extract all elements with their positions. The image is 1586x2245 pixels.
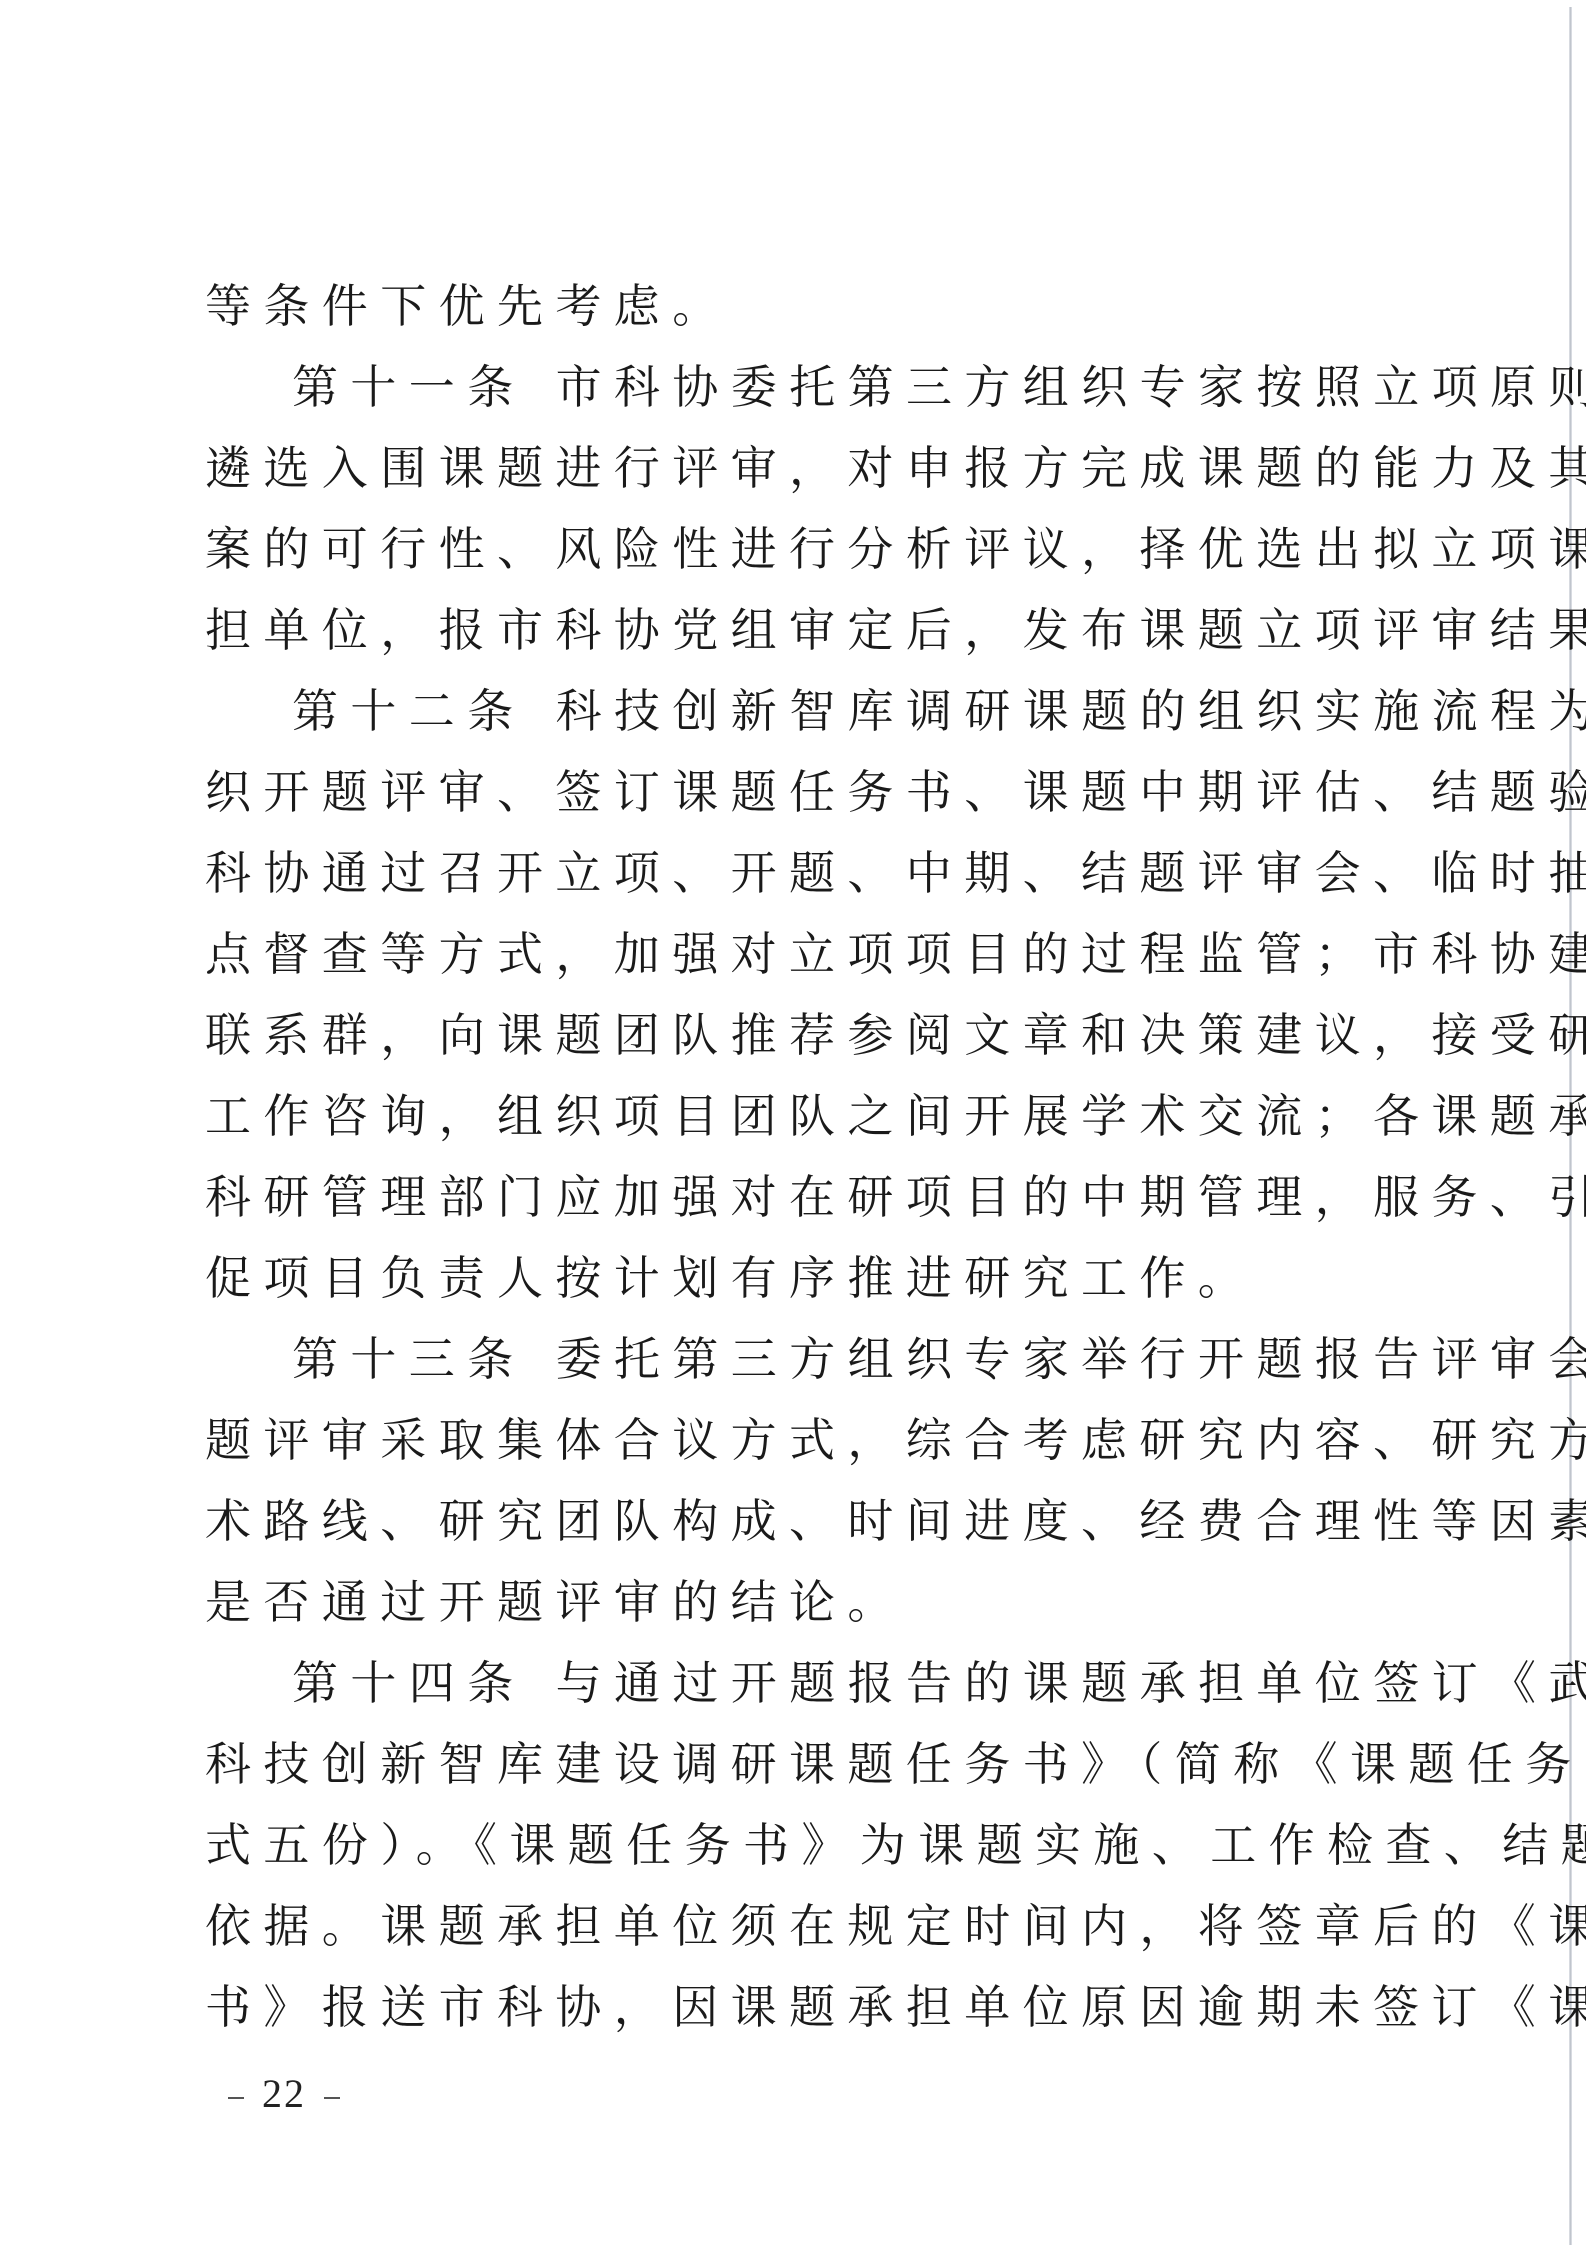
article-11: 第十一条市科协委托第三方组织专家按照立项原则对 遴选入围课题进行评审，对申报方完… [205,347,1377,671]
article-14: 第十四条与通过开题报告的课题承担单位签订《武汉市 科技创新智库建设调研课题任务书… [205,1643,1377,2048]
article-line: 案的可行性、风险性进行分析评议，择优选出拟立项课题和承 [205,509,1377,590]
article-line: 科技创新智库建设调研课题任务书》（简称《课题任务书》，一 [205,1724,1377,1805]
article-line: 科研管理部门应加强对在研项目的中期管理，服务、引导和督 [205,1157,1377,1238]
article-number: 第十四条 [292,1656,526,1710]
document-body: 等条件下优先考虑。 第十一条市科协委托第三方组织专家按照立项原则对 遴选入围课题… [205,266,1377,2048]
article-text: 与通过开题报告的课题承担单位签订《武汉市 [556,1656,1586,1710]
dash-left [228,2097,244,2099]
article-line: 是否通过开题评审的结论。 [205,1562,1377,1643]
article-line: 工作咨询，组织项目团队之间开展学术交流；各课题承办单位 [205,1076,1377,1157]
article-line: 织开题评审、签订课题任务书、课题中期评估、结题验收。市 [205,752,1377,833]
article-13: 第十三条委托第三方组织专家举行开题报告评审会。开 题评审采取集体合议方式，综合考… [205,1319,1377,1643]
article-text: 科技创新智库调研课题的组织实施流程为：组 [556,684,1586,738]
article-line: 促项目负责人按计划有序推进研究工作。 [205,1238,1377,1319]
continuation-line: 等条件下优先考虑。 [205,266,1377,347]
article-text: 委托第三方组织专家举行开题报告评审会。开 [556,1332,1586,1386]
article-number: 第十二条 [292,684,526,738]
article-12: 第十二条科技创新智库调研课题的组织实施流程为：组 织开题评审、签订课题任务书、课… [205,671,1377,1319]
article-line: 科协通过召开立项、开题、中期、结题评审会、临时抽查、重 [205,833,1377,914]
article-text: 市科协委托第三方组织专家按照立项原则对 [556,360,1586,414]
article-number: 第十一条 [292,360,526,414]
article-line: 担单位，报市科协党组审定后，发布课题立项评审结果。 [205,590,1377,671]
article-line: 点督查等方式，加强对立项项目的过程监管；市科协建立项目 [205,914,1377,995]
article-first-line: 第十二条科技创新智库调研课题的组织实施流程为：组 [205,671,1377,752]
article-first-line: 第十四条与通过开题报告的课题承担单位签订《武汉市 [205,1643,1377,1724]
article-line: 术路线、研究团队构成、时间进度、经费合理性等因素，做出 [205,1481,1377,1562]
article-first-line: 第十一条市科协委托第三方组织专家按照立项原则对 [205,347,1377,428]
article-line: 书》报送市科协，因课题承担单位原因逾期未签订《课题任务 [205,1967,1377,2048]
article-line: 遴选入围课题进行评审，对申报方完成课题的能力及其研究方 [205,428,1377,509]
page-number-value: 22 [262,2071,306,2116]
article-line: 题评审采取集体合议方式，综合考虑研究内容、研究方法、技 [205,1400,1377,1481]
article-first-line: 第十三条委托第三方组织专家举行开题报告评审会。开 [205,1319,1377,1400]
article-line: 联系群，向课题团队推荐参阅文章和决策建议，接受研究团队 [205,995,1377,1076]
article-line: 依据。课题承担单位须在规定时间内，将签章后的《课题任务 [205,1886,1377,1967]
article-number: 第十三条 [292,1332,526,1386]
article-line: 式五份）。《课题任务书》为课题实施、工作检查、结题验收的 [205,1805,1377,1886]
page-number: 22 [210,2070,358,2117]
dash-right [324,2097,340,2099]
